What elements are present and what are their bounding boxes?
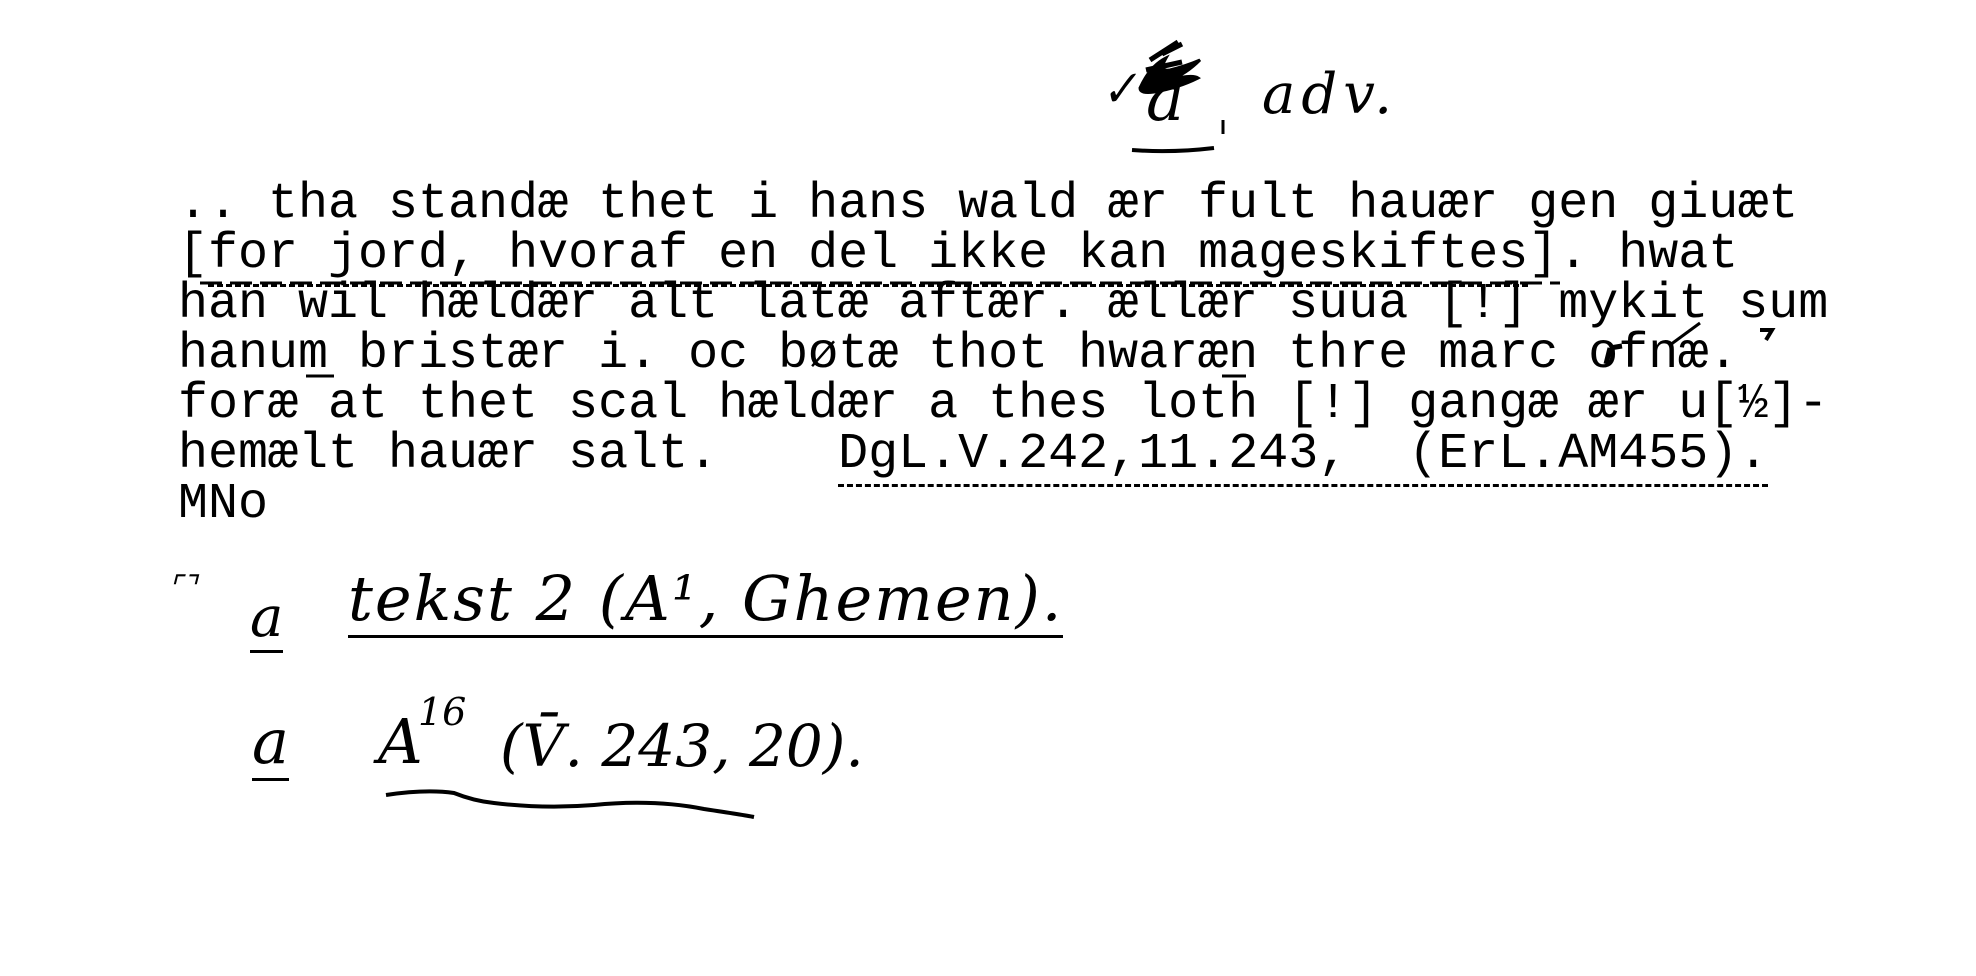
wavy-underline <box>0 0 1976 976</box>
